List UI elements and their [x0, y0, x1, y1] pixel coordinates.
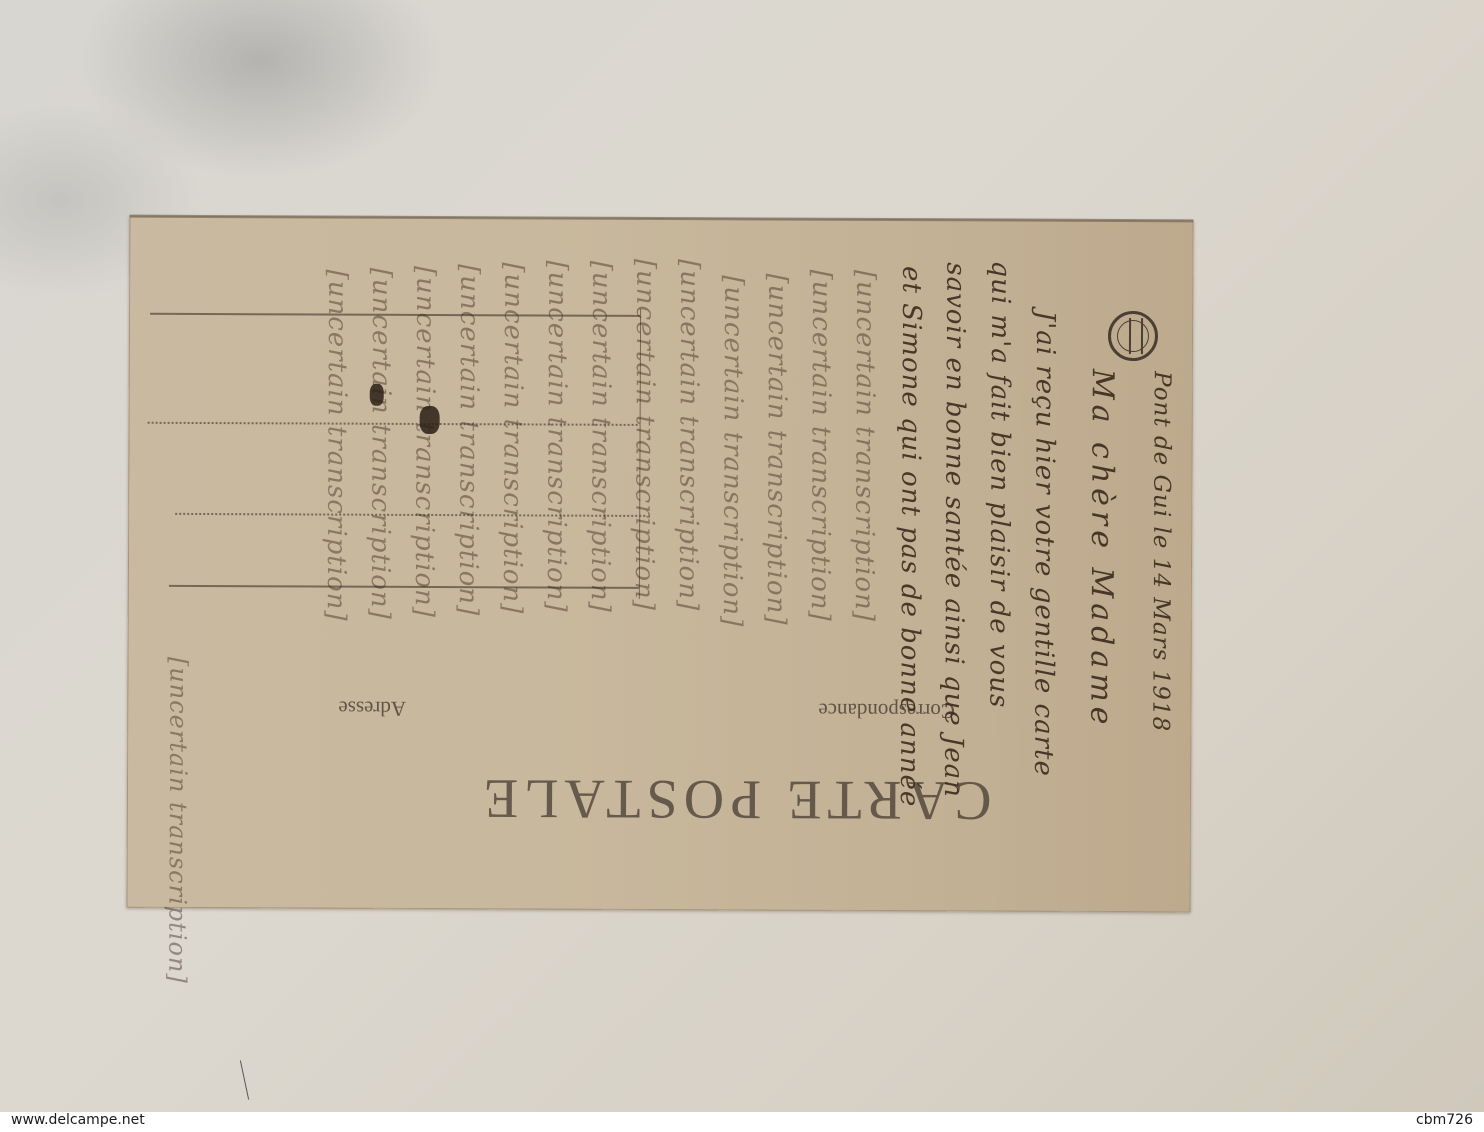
handwritten-line: [uncertain transcription] — [761, 273, 793, 625]
handwritten-line: [uncertain transcription] — [805, 270, 837, 622]
handwritten-salutation: Ma chère Madame — [1083, 369, 1120, 730]
handwritten-line: [uncertain transcription] — [453, 264, 485, 616]
handwritten-line: J'ai reçu hier votre gentille carte — [1028, 311, 1060, 777]
printed-correspondence-label: Correspondance — [818, 698, 955, 724]
handwritten-line: savoir en bonne santée ainsi que Jean — [938, 262, 970, 798]
handwritten-line: [uncertain transcription] — [585, 261, 617, 613]
ink-correction — [420, 406, 440, 434]
printed-address-label: Adresse — [338, 696, 406, 721]
handwritten-line: [uncertain transcription] — [673, 259, 705, 611]
handwritten-line: [uncertain transcription] — [409, 266, 441, 618]
publisher-stamp-icon — [1108, 311, 1158, 361]
handwritten-signature: [uncertain transcription] — [163, 657, 192, 984]
handwritten-line: [uncertain transcription] — [629, 259, 661, 611]
handwritten-line: [uncertain transcription] — [321, 270, 353, 622]
watermark-bar: www.delcampe.net cbm726 — [0, 1112, 1484, 1132]
handwritten-line: [uncertain transcription] — [717, 275, 749, 627]
handwritten-line: [uncertain transcription] — [541, 260, 573, 612]
postcard: CARTE POSTALE Correspondance Adresse Pon… — [126, 216, 1193, 913]
photo-background: CARTE POSTALE Correspondance Adresse Pon… — [0, 0, 1484, 1112]
handwritten-line: [uncertain transcription] — [497, 262, 529, 614]
handwritten-line: [uncertain transcription] — [849, 270, 881, 622]
handwritten-date: Pont de Gui le 14 Mars 1918 — [1147, 371, 1175, 732]
ink-correction — [370, 384, 384, 406]
seller-watermark: cbm726 — [1416, 1112, 1473, 1128]
handwritten-line: et Simone qui ont pas de bonne année — [894, 266, 926, 807]
handwritten-line: qui m'a fait bien plaisir de vous — [983, 260, 1015, 708]
handwritten-line: [uncertain transcription] — [365, 268, 397, 620]
card-top-edge — [130, 215, 1194, 223]
site-watermark: www.delcampe.net — [11, 1112, 145, 1128]
scratch-mark — [240, 1060, 249, 1099]
